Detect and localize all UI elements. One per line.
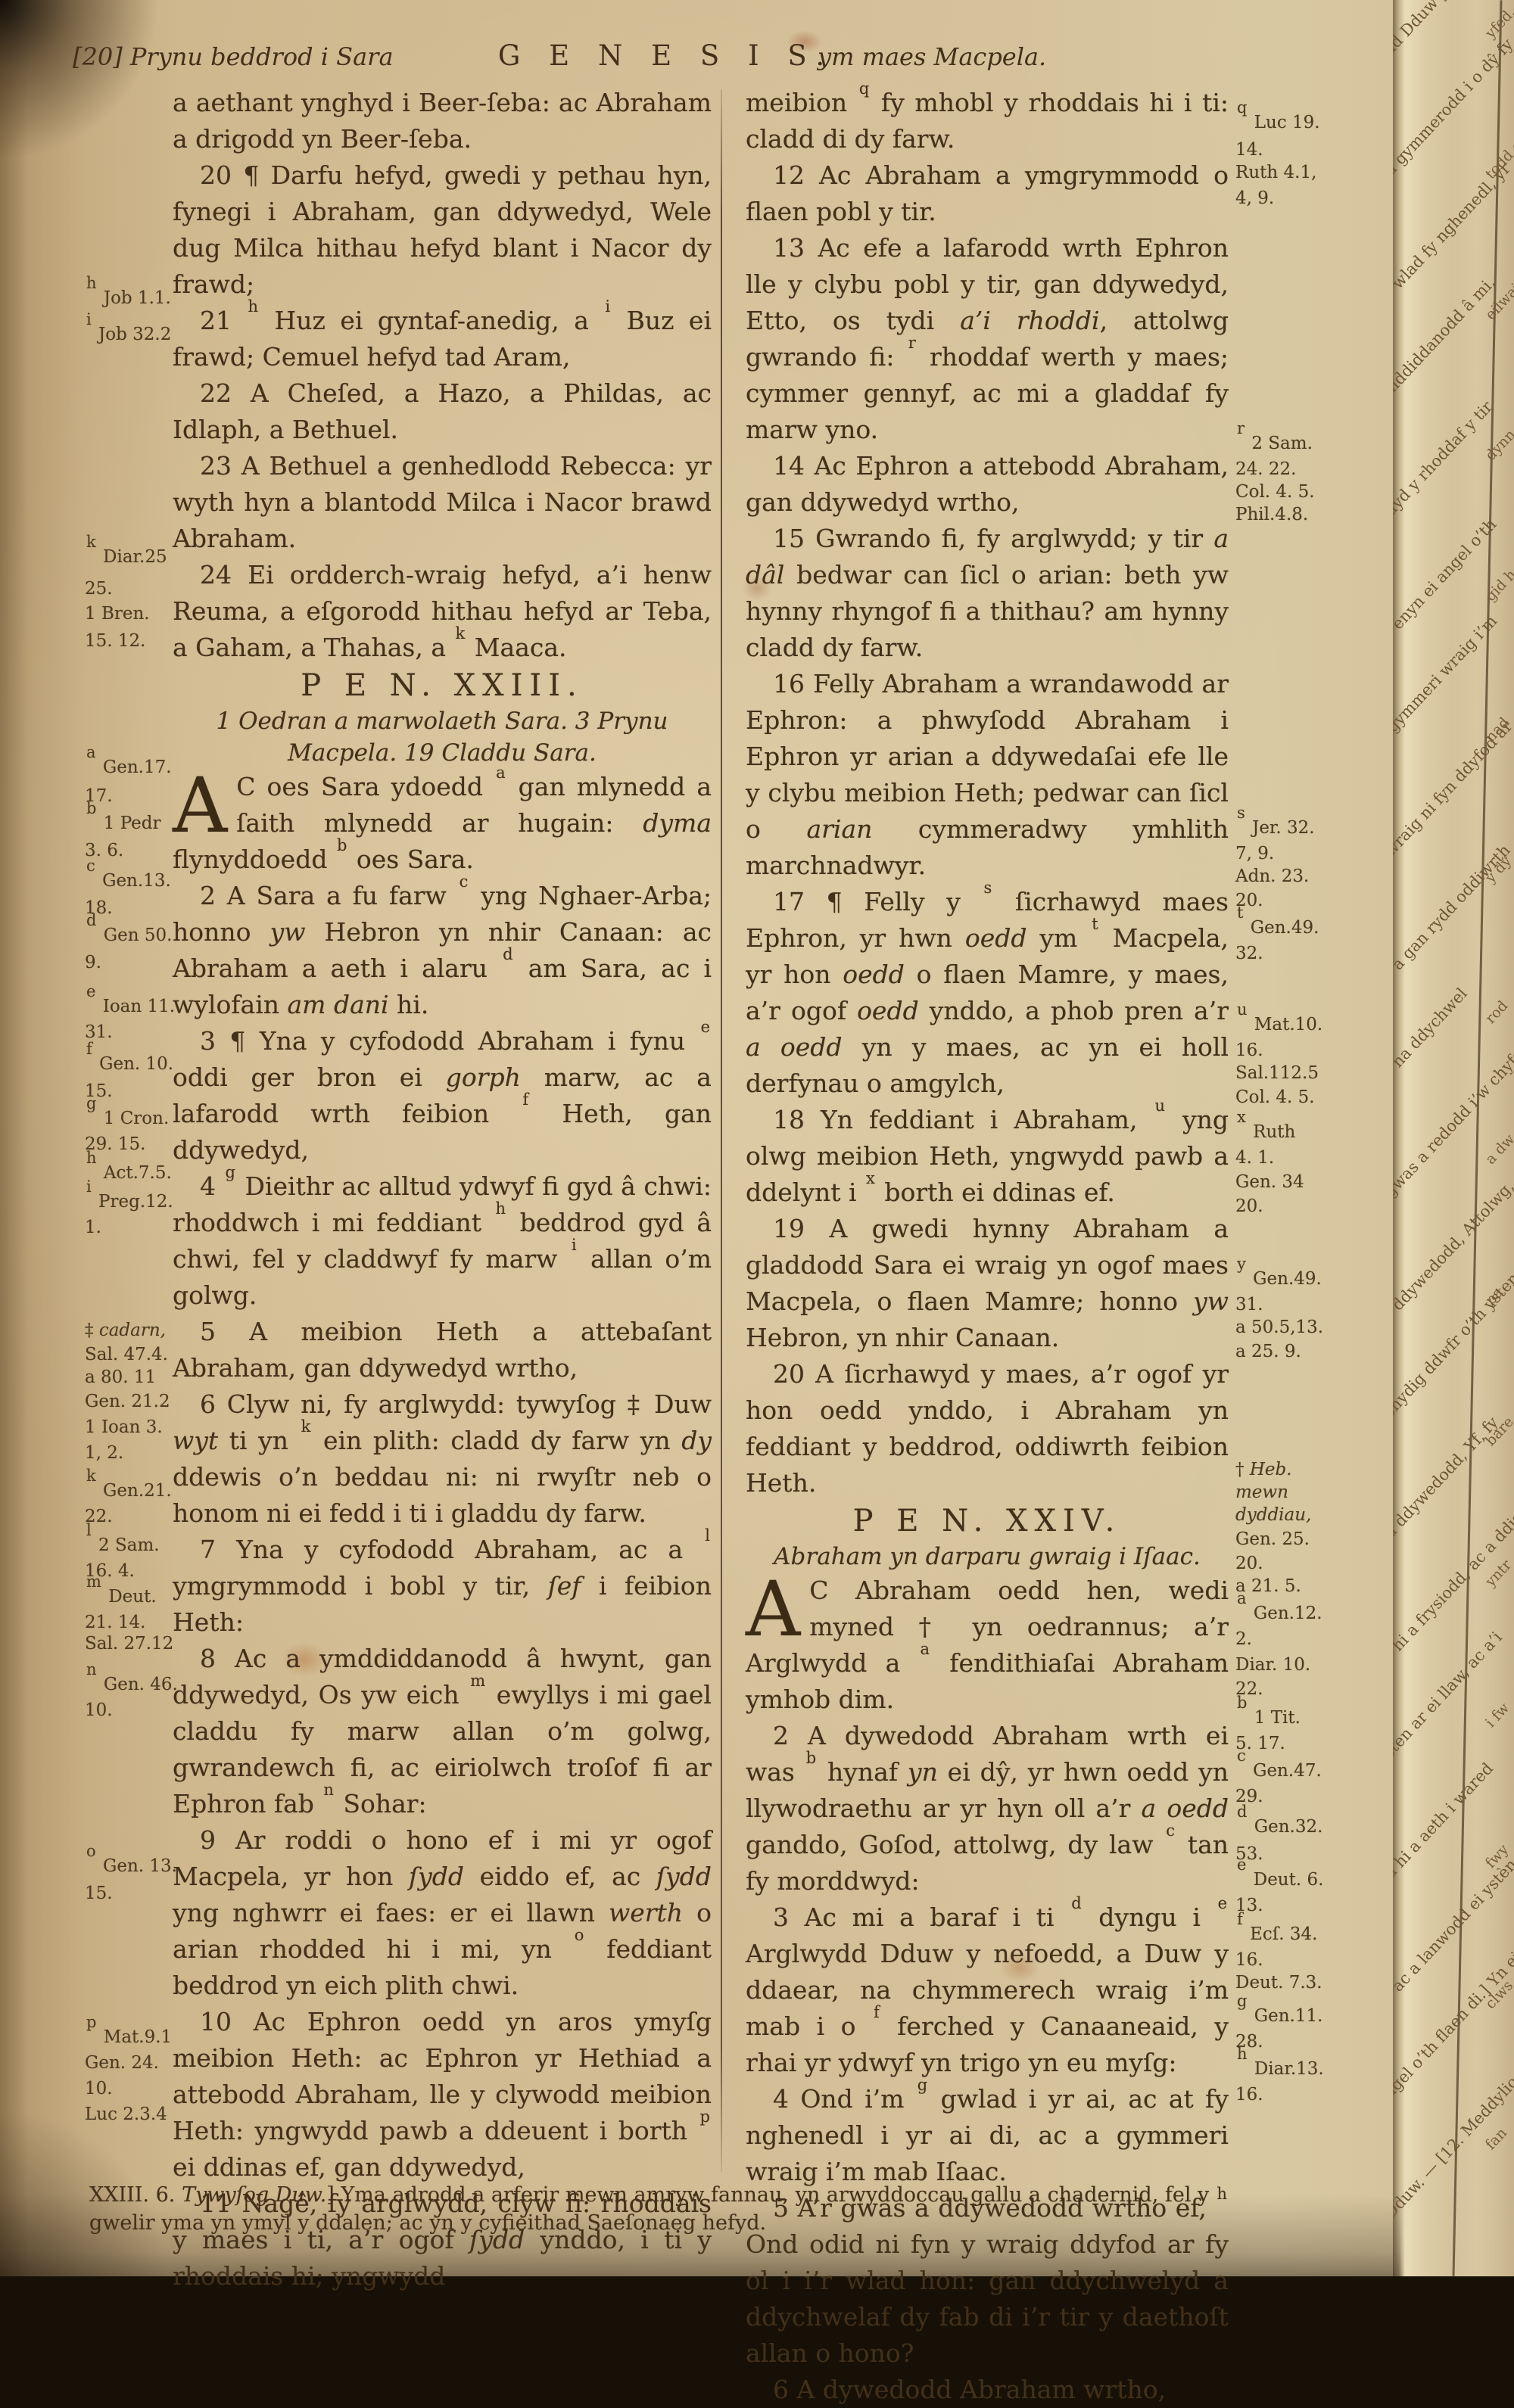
verse-paragraph: 18 Yn feddiant i Abraham, u yng olwg mei… [746,1102,1229,1211]
margin-note: 5. 17. [1235,1733,1285,1754]
margin-note: i Job 32.2 [85,324,171,345]
cross-reference-mark: i [572,1236,577,1254]
margin-note: 31. [85,1022,113,1043]
margin-note: h Act.7.5. [85,1162,172,1184]
cross-reference-mark: h [496,1199,506,1218]
margin-note: Ruth 4.1, [1235,162,1316,183]
cross-reference-mark: b [86,799,96,817]
cross-reference-mark: g [226,1163,235,1181]
margin-note: g 1 Cron. [85,1108,169,1129]
margin-note: 7, 9. [1235,843,1274,864]
margin-note: 16. [1235,1040,1263,1061]
cross-reference-mark: k [456,624,466,642]
cross-reference-mark: y [1237,1255,1246,1273]
margin-note: 24. 22. [1235,459,1296,480]
margin-note: 16. 4. [85,1560,135,1582]
verse-continuation: a aethant ynghyd i Beer-ſeba: ac Abraham… [173,85,712,157]
cross-reference-mark: d [1071,1894,1081,1912]
margin-note: 25. [85,578,113,599]
cross-reference-mark: a [921,1640,930,1658]
verse-paragraph: 16 Felly Abraham a wrandawodd ar Ephron:… [746,666,1229,884]
adjacent-page-edge-text-fragment: i fw [1482,1700,1512,1731]
cross-reference-mark: m [470,1672,485,1690]
text-column-left: a aethant ynghyd i Beer-ſeba: ac Abraham… [173,85,712,2276]
verse-paragraph: 14 Ac Ephron a attebodd Abraham, gan ddy… [746,448,1229,521]
margin-note: x Ruth [1235,1122,1295,1143]
margin-note: 28. [1235,2031,1263,2052]
margin-note: d Gen.32. [1235,1816,1322,1837]
cross-reference-mark: i [605,297,610,316]
margin-note: i Preg.12. [85,1191,173,1212]
margin-note: 2. [1235,1629,1252,1650]
margin-note: t Gen.49. [1235,917,1319,938]
header-book-title: G E N E S I S. [484,39,848,72]
verse-paragraph: 20 ¶ Darfu hefyd, gwedi y pethau hyn, fy… [173,157,712,303]
margin-note: 29. [1235,1786,1263,1807]
margin-note: h Job 1.1. [85,288,171,309]
verse-paragraph: 23 A Bethuel a genhedlodd Rebecca: yr wy… [173,448,712,557]
margin-note: Sal. 47.4. [85,1344,168,1365]
margin-note: 22. [1235,1678,1263,1700]
margin-note: g Gen.11. [1235,2005,1322,2027]
margin-note: k Gen.21. [85,1480,172,1501]
margin-note: 10. [85,2078,113,2099]
verse-paragraph: 13 Ac efe a lafarodd wrth Ephron lle y c… [746,230,1229,448]
cross-reference-mark: c [459,873,469,891]
cross-reference-mark: b [1237,1694,1247,1712]
cross-reference-mark: n [323,1781,334,1799]
margin-note: 20. [1235,1196,1263,1217]
chapter-argument: Abraham yn darparu gwraig i Iſaac. [746,1541,1229,1573]
cross-reference-mark: e [1218,1894,1227,1912]
margin-note: a 50.5,13. [1235,1317,1323,1338]
bottom-left-shadow [0,2043,197,2276]
cross-reference-mark: b [806,1749,816,1767]
margin-note: p Mat.9.1 [85,2027,172,2048]
adjacent-page-text-fragment: ar na ddychwel [1393,985,1471,1087]
margin-note: 1. [85,1217,101,1238]
cross-reference-mark: g [917,2076,927,2094]
margin-note: e Deut. 6. [1235,1869,1323,1890]
margin-note: q Luc 19. [1235,112,1320,133]
cross-reference-mark: q [1237,98,1247,117]
cross-reference-mark: s [984,879,992,897]
margin-note: 1 Bren. [85,603,150,624]
verse-paragraph: 2 A dywedodd Abraham wrth ei was b hynaf… [746,1718,1229,1899]
cross-reference-mark: c [1166,1822,1175,1840]
adjacent-page-edge-text-fragment: dynn [1482,426,1514,464]
verse-paragraph: 5 A meibion Heth a attebaſant Abraham, g… [173,1314,712,1386]
verse-paragraph: 3 ¶ Yna y cyfododd Abraham i fynu e oddi… [173,1023,712,1168]
verse-paragraph: 19 A gwedi hynny Abraham a gladdodd Sara… [746,1211,1229,1356]
margin-note: 32. [1235,943,1263,964]
margin-note: 3. 6. [85,840,123,861]
cross-reference-mark: c [1237,1747,1246,1765]
margin-note: 22. [85,1506,113,1527]
footnote-line-2: gwelir yma yn ymyl y ddalen; ac yn y cyf… [89,2209,1331,2237]
margin-note: 10. [85,1700,113,1721]
margin-note: Col. 4. 5. [1235,1087,1315,1108]
margin-note: 4, 9. [1235,188,1274,209]
margin-note: 15. 12. [85,630,145,652]
cross-reference-mark: q [859,79,869,98]
cross-reference-mark: r [908,334,916,352]
cross-reference-mark: d [86,911,96,929]
margin-note: 13. [1235,1895,1263,1916]
cross-reference-mark: n [86,1660,97,1678]
verse-paragraph: 20 A ſicrhawyd y maes, a’r ogof yr hon o… [746,1356,1229,1501]
cross-reference-mark: f [1237,1910,1243,1928]
margin-note: l 2 Sam. [85,1535,160,1556]
drop-cap: A [746,1573,809,1641]
chapter-heading: P E N. XXIII. [173,666,712,705]
margin-note: c Gen.47. [1235,1760,1322,1781]
cross-reference-mark: c [86,857,95,875]
adjacent-page-text-fragment: ymddiddanodd â mi, [1393,273,1499,406]
cross-reference-mark: h [1237,2045,1248,2063]
verse-paragraph: 2 A Sara a fu farw c yng Nghaer-Arba; ho… [173,878,712,1023]
margin-note: 20. [1235,890,1263,911]
adjacent-page-text-fragment: a hi a aeth i wared [1393,1759,1497,1882]
cross-reference-mark: p [700,2108,710,2126]
cross-reference-mark: g [1237,1992,1247,2010]
cross-reference-mark: o [86,1842,96,1860]
margin-note: a 80. 11 [85,1367,156,1388]
margin-note: 1, 2. [85,1442,123,1464]
adjacent-page-edge-text-fragment: yfed. [1482,4,1514,42]
margin-note: b 1 Tit. [1235,1707,1301,1728]
verse-paragraph: 21 h Huz ei gyntaf-anedig, a i Buz ei fr… [173,303,712,375]
verse-paragraph: 9 Ar roddi o hono ef i mi yr ogof Macpel… [173,1822,712,2004]
adjacent-page-text-fragment: a ddywedodd, Yf, fy [1393,1413,1502,1541]
cross-reference-mark: h [86,274,97,292]
cross-reference-mark: s [1237,804,1245,822]
cross-reference-mark: l [705,1526,710,1545]
margin-note: s Jer. 32. [1235,817,1315,838]
adjacent-page-text-fragment: ysten ar ei llaw, ac a’i [1393,1628,1506,1768]
cross-reference-mark: u [1237,1000,1248,1019]
margin-note: Diar. 10. [1235,1654,1310,1675]
cross-reference-mark: d [1237,1803,1247,1821]
verse-paragraph: 4 g Dieithr ac alltud ydwyf fi gyd â chw… [173,1168,712,1314]
margin-note: c Gen.13. [85,870,171,891]
cross-reference-mark: t [1092,915,1098,933]
header-left-title: [20] Prynu beddrod i Sara [73,42,394,71]
cross-reference-mark: t [1237,904,1243,922]
cross-reference-mark: a [86,743,96,761]
cross-reference-mark: a [496,764,506,782]
verse-paragraph: 15 Gwrando fi, fy arglwydd; y tir a dâl … [746,521,1229,666]
cross-reference-mark: x [866,1169,875,1187]
verse-paragraph: 3 Ac mi a baraf i ti d dyngu i e Arglwyd… [746,1899,1229,2081]
margin-note: 9. [85,952,101,973]
margin-note: 16. [1235,1949,1263,1971]
cross-reference-mark: u [1154,1097,1165,1115]
margin-note: † Heb. [1235,1459,1292,1480]
verse-paragraph: 22 A Cheſed, a Hazo, a Phildas, ac Idlap… [173,375,712,448]
margin-note: Sal.112.5 [1235,1062,1319,1084]
cross-reference-mark: f [874,2003,880,2021]
cross-reference-mark: p [86,2013,96,2031]
curled-page-edge: ydd Dduw y nefoedd,a gymmerodd i o dŷ fy… [1393,0,1514,2276]
margin-note: Gen. 21.2 [85,1391,170,1412]
margin-note: 53. [1235,1843,1263,1865]
margin-note: m Deut. [85,1586,157,1607]
chapter-argument: 1 Oedran a marwolaeth Sara. 3 Prynu Macp… [173,705,712,769]
chapter-heading: P E N. XXIV. [746,1501,1229,1541]
margin-note: 20. [1235,1553,1263,1574]
verse-paragraph: 12 Ac Abraham a ymgrymmodd o flaen pobl … [746,157,1229,230]
drop-cap: A [173,769,236,837]
margin-note: Gen. 24. [85,2052,159,2074]
margin-note: 18. [85,898,113,919]
verse-paragraph: 8 Ac a ymddiddanodd â hwynt, gan ddywedy… [173,1641,712,1822]
cross-reference-mark: i [86,1178,92,1196]
margin-note: a Gen.17. [85,757,172,778]
cross-reference-mark: f [86,1040,92,1058]
cross-reference-mark: e [701,1018,710,1036]
cross-reference-mark: a [1237,1589,1247,1607]
cross-reference-mark: x [1237,1108,1246,1126]
adjacent-page-edge-text-fragment: a dw [1482,1131,1514,1168]
cross-reference-mark: h [248,297,258,316]
footnote: XXIII. 6. Tywyſog Duw.] Yma adrodd a arf… [89,2181,1331,2237]
book-page: [20] Prynu beddrod i Sara G E N E S I S.… [0,0,1514,2276]
cross-reference-mark: i [86,310,92,328]
verse-paragraph: 7 Yna y cyfododd Abraham, ac a l ymgrymm… [173,1532,712,1641]
text-column-right: meibion q fy mhobl y rhoddais hi i ti: c… [746,85,1229,2276]
margin-note: Col. 4. 5. [1235,481,1315,502]
margin-note: 14. [1235,139,1263,160]
margin-note: y Gen.49. [1235,1268,1322,1290]
verse-with-dropcap: AC oes Sara ydoedd a gan mlynedd a ſaith… [173,769,712,878]
cross-reference-mark: f [522,1090,528,1109]
cross-reference-mark: k [86,533,96,551]
cross-reference-mark: d [503,945,512,963]
margin-note: 15. [85,1883,113,1904]
margin-note: 21. 14. [85,1612,145,1633]
margin-note: o Gen. 13. [85,1856,177,1877]
margin-note: 4. 1. [1235,1147,1274,1168]
margin-note: u Mat.10. [1235,1014,1322,1035]
verse-continuation: meibion q fy mhobl y rhoddais hi i ti: c… [746,85,1229,157]
margin-note: d Gen 50. [85,925,172,946]
margin-note: Gen. 25. [1235,1529,1310,1550]
margin-note: mewn [1235,1482,1288,1503]
column-divider-rule [721,89,722,2172]
margin-note: b 1 Pedr [85,813,160,834]
cross-reference-mark: e [86,982,95,1000]
cross-reference-mark: l [86,1521,92,1539]
margin-note: a 25. 9. [1235,1341,1301,1362]
margin-note: f Ecſ. 34. [1235,1924,1317,1945]
adjacent-page-text-fragment: dyd y rhoddaf y tir [1393,397,1496,519]
margin-note: Luc 2.3.4 [85,2104,167,2125]
margin-note: Sal. 27.12 [85,1633,173,1654]
margin-note: 17. [85,786,113,807]
margin-note: 29. 15. [85,1134,145,1155]
cross-reference-mark: h [86,1149,97,1167]
cross-reference-mark: b [337,836,347,854]
margin-note: r 2 Sam. [1235,433,1313,454]
margin-note: Deut. 7.3. [1235,1972,1322,1993]
verse-paragraph: 10 Ac Ephron oedd yn aros ymyſg meibion … [173,2004,712,2186]
margin-note: Phil.4.8. [1235,504,1308,525]
cross-reference-mark: o [575,1926,584,1944]
verse-paragraph: 17 ¶ Felly y s ſicrhawyd maes Ephron, yr… [746,884,1229,1102]
cross-reference-mark: k [86,1467,96,1485]
footnote-line-1: XXIII. 6. Tywyſog Duw.] Yma adrodd a arf… [89,2181,1331,2209]
verse-paragraph: 4 Ond i’m g gwlad i yr ai, ac at fy nghe… [746,2081,1229,2190]
margin-note: Adn. 23. [1235,866,1309,887]
margin-note: k Diar.25 [85,546,167,568]
header-right-title: ym maes Macpela. [818,42,1037,71]
verse-paragraph: 24 Ei ordderch-wraig hefyd, a’i henw Reu… [173,557,712,666]
cross-reference-mark: k [301,1417,311,1436]
margin-note: ‡ cadarn, [85,1320,166,1341]
margin-note: a 21. 5. [1235,1576,1301,1597]
margin-note: e Ioan 11. [85,996,175,1017]
margin-note: f Gen. 10. [85,1053,173,1075]
margin-note: h Diar.13. [1235,2058,1324,2080]
margin-note: Gen. 34 [1235,1171,1304,1193]
cross-reference-mark: r [1237,419,1245,437]
margin-note: a Gen.12. [1235,1603,1322,1624]
cross-reference-mark: m [86,1573,101,1591]
verse-with-dropcap: AC Abraham oedd hen, wedi myned † yn oed… [746,1573,1229,1718]
margin-note: 15. [85,1081,113,1102]
adjacent-page-edge-text-fragment: fan [1482,2125,1510,2153]
verse-paragraph: 6 Clyw ni, fy arglwydd: tywyſog ‡ Duw wy… [173,1386,712,1532]
curled-page-column-rule [1453,0,1503,2276]
adjacent-page-edge-text-fragment: rod [1482,997,1511,1027]
margin-note: 1 Ioan 3. [85,1417,163,1438]
cross-reference-mark: g [86,1094,96,1112]
margin-note: n Gen. 46. [85,1674,178,1695]
cross-reference-mark: e [1237,1856,1246,1874]
margin-note: 16. [1235,2084,1263,2105]
running-header: [20] Prynu beddrod i Sara G E N E S I S.… [0,39,1514,82]
margin-note: 31. [1235,1294,1263,1315]
margin-note: dyddiau, [1235,1504,1311,1526]
